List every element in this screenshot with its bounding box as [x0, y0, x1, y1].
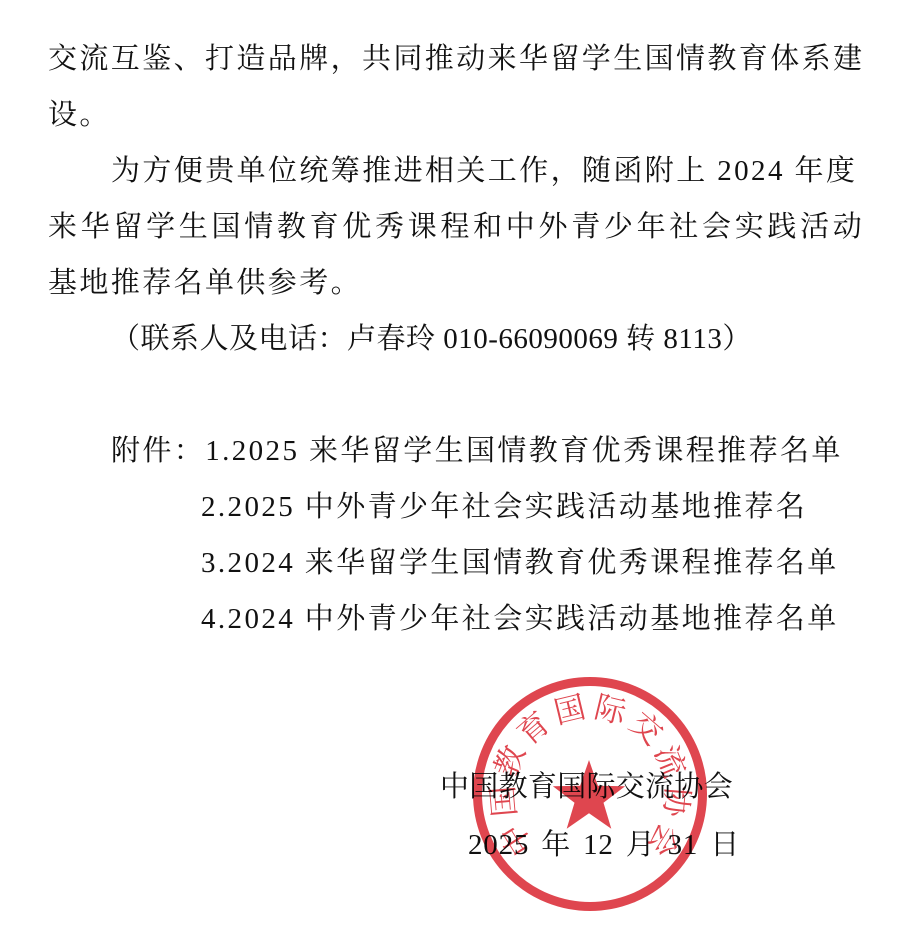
paragraph-continuation-line-2: 设。: [48, 87, 878, 143]
attachments-label: 附件：: [111, 435, 205, 467]
seal-arc-char: 国: [548, 689, 591, 732]
letter-body: 交流互鉴、打造品牌，共同推动来华留学生国情教育体系建 设。 为方便贵单位统筹推进…: [48, 31, 878, 647]
attachment-item-1: 1.2025 来华留学生国情教育优秀课程推荐名单: [205, 435, 843, 467]
seal-arc-char: 际: [588, 689, 631, 732]
attachments-heading-line: 附件：1.2025 来华留学生国情教育优秀课程推荐名单: [48, 423, 878, 479]
paragraph-main-line-3: 基地推荐名单供参考。: [48, 255, 878, 311]
paragraph-main-line-1: 为方便贵单位统筹推进相关工作，随函附上 2024 年度: [48, 143, 878, 199]
attachment-item-2: 2.2025 中外青少年社会实践活动基地推荐名: [48, 479, 878, 535]
blank-line-spacer: [48, 367, 878, 423]
contact-line: （联系人及电话：卢春玲 010-66090069 转 8113）: [48, 311, 878, 367]
letter-document-page: 交流互鉴、打造品牌，共同推动来华留学生国情教育体系建 设。 为方便贵单位统筹推进…: [0, 0, 900, 930]
seal-arc-char: 育: [509, 703, 560, 754]
signature-organization: 中国教育国际交流协会: [440, 759, 733, 815]
attachment-item-3: 3.2024 来华留学生国情教育优秀课程推荐名单: [48, 535, 878, 591]
signature-date: 2025 年 12 月 31 日: [468, 817, 740, 873]
seal-arc-char: 交: [621, 703, 672, 754]
attachment-item-4: 4.2024 中外青少年社会实践活动基地推荐名单: [48, 591, 878, 647]
paragraph-continuation-line-1: 交流互鉴、打造品牌，共同推动来华留学生国情教育体系建: [48, 31, 878, 87]
paragraph-main-line-2: 来华留学生国情教育优秀课程和中外青少年社会实践活动: [48, 199, 878, 255]
